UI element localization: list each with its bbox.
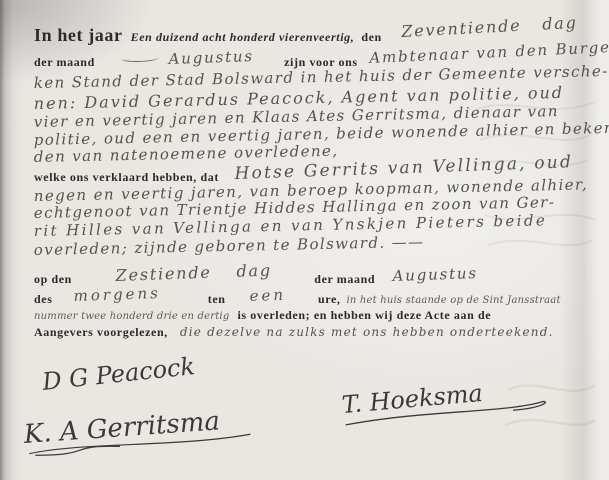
printed-text: der maand (34, 55, 95, 69)
handwritten-housenumber: nummer twee honderd drie en dertig (34, 311, 229, 322)
printed-text: welke ons verklaard hebben, dat (34, 170, 219, 184)
printed-text: des (34, 292, 52, 306)
record-line-16: Aangevers voorgelezen, die dezelve na zu… (34, 323, 554, 341)
signature-hoeksma: T. Hoeksma (341, 373, 554, 431)
handwritten-hour: een (249, 286, 286, 305)
handwritten-address: in het huis staande op de Sint Jansstraa… (346, 295, 560, 306)
pen-flourish (121, 54, 159, 62)
record-line-12: overleden; zijnde geboren te Bolsward. —… (34, 241, 425, 260)
printed-text: Een duizend acht honderd vierenveertig, (131, 30, 355, 44)
handwritten-daypart: morgens (74, 284, 162, 305)
printed-text: is overleden; en hebben wij deze Acte aa… (237, 308, 491, 322)
drop-cap: In het jaar (34, 25, 123, 45)
signature-text: D G Peacock (41, 352, 196, 396)
signature-gerritsma: K. A Gerritsma (23, 404, 255, 460)
printed-text: ure, (318, 292, 341, 306)
record-line-13: op den Zestiende dag der maand Augustus (34, 268, 478, 288)
handwritten-month: Augustus (168, 47, 254, 68)
handwritten-text: die dezelve na zulks met ons hebben onde… (180, 325, 554, 339)
printed-text: den (361, 30, 381, 44)
printed-text: der maand (314, 272, 375, 286)
printed-text: Aangevers voorgelezen, (34, 325, 168, 339)
handwritten-day: Zeventiende dag (401, 13, 578, 41)
printed-text: ten (208, 292, 226, 306)
signature-peacock: D G Peacock (41, 352, 196, 396)
handwritten-death-month: Augustus (392, 264, 478, 285)
handwritten-death-day: Zestiende dag (115, 261, 272, 285)
printed-text: op den (34, 272, 72, 286)
death-record-page: In het jaar Een duizend acht honderd vie… (0, 0, 609, 480)
printed-text: In het jaar (34, 30, 123, 44)
record-line-15: nummer twee honderd drie en dertig is ov… (34, 306, 491, 324)
